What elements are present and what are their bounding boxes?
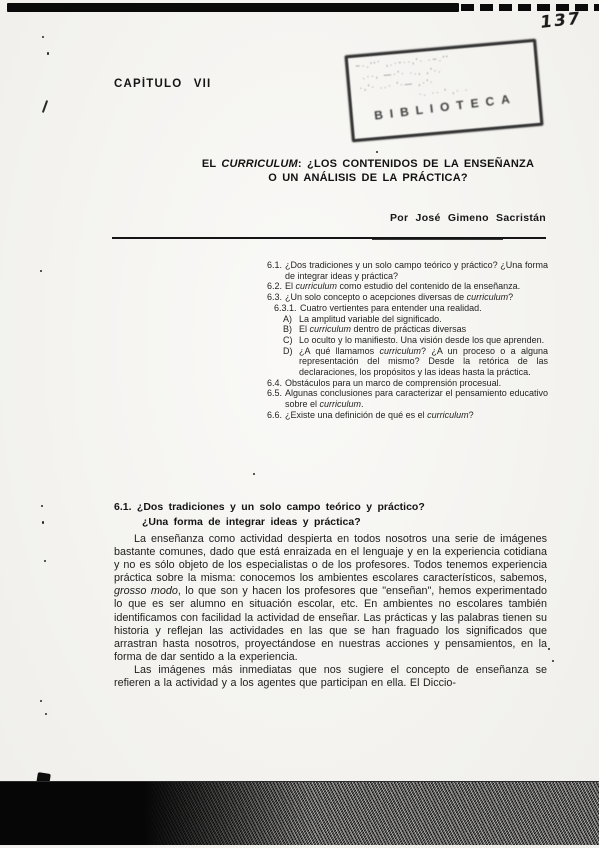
toc-item-text: Cuatro vertientes para entender una real… — [300, 303, 482, 313]
toc-item: 6.6. ¿Existe una definición de qué es el… — [258, 410, 548, 421]
toc-item-number: 6.6. — [267, 410, 282, 421]
article-title-line2: O UN ANÁLISIS DE LA PRÁCTICA? — [190, 171, 546, 185]
toc-item-number: D) — [283, 346, 293, 357]
article-title: EL CURRICULUM: ¿LOS CONTENIDOS DE LA ENS… — [190, 157, 546, 185]
handwritten-page-number: 137 — [539, 9, 582, 34]
section-heading-line2: ¿Una forma de integrar ideas y práctica? — [114, 515, 425, 530]
article-title-line1: EL CURRICULUM: ¿LOS CONTENIDOS DE LA ENS… — [190, 157, 546, 171]
toc-item-number: 6.4. — [267, 378, 282, 389]
scan-speck — [40, 270, 42, 272]
scan-speck — [41, 505, 43, 507]
toc-item-text: El curriculum como estudio del contenido… — [285, 281, 520, 291]
scan-speck — [45, 713, 47, 715]
toc-item-text: ¿A qué llamamos curriculum? ¿A un proces… — [299, 346, 548, 377]
scan-speck — [552, 660, 554, 662]
scanned-page: 137 CAPÍTULO VII ~·.''´ ,.·-··,'· ·~.'' … — [0, 0, 599, 848]
toc-item: C) Lo oculto y lo manifiesto. Una visión… — [258, 335, 548, 346]
scan-speck — [253, 473, 255, 475]
toc-item-text: ¿Dos tradiciones y un solo campo teórico… — [285, 260, 548, 281]
toc-item-number: 6.3.1. — [274, 303, 297, 314]
scan-speck — [44, 560, 46, 562]
scan-speck — [548, 648, 550, 650]
scan-speck — [42, 521, 44, 524]
section-heading: 6.1. ¿Dos tradiciones y un solo campo te… — [114, 500, 425, 529]
scan-speck — [42, 36, 44, 38]
toc-item-text: ¿Existe una definición de qué es el curr… — [285, 410, 474, 420]
toc-item-text: ¿Un solo concepto o acepciones diversas … — [285, 292, 513, 302]
toc-item-number: 6.1. — [267, 260, 282, 271]
toc-item-text: El curriculum dentro de prácticas divers… — [299, 324, 466, 334]
toc-item: 6.2. El curriculum como estudio del cont… — [258, 281, 548, 292]
library-stamp: ~·.''´ ,.·-··,'· ·~.'' .··, —·'· ·., ,'·… — [345, 39, 544, 142]
toc-item-number: 6.5. — [267, 388, 282, 399]
scan-top-edge-bar — [7, 3, 459, 12]
toc-item-text: Obstáculos para un marco de comprensión … — [285, 378, 501, 388]
chapter-heading: CAPÍTULO VII — [114, 78, 211, 90]
toc-item: 6.3.1. Cuatro vertientes para entender u… — [258, 303, 548, 314]
paragraph: La enseñanza como actividad despierta en… — [114, 533, 547, 664]
body-text: La enseñanza como actividad despierta en… — [114, 533, 547, 690]
toc-item: 6.3. ¿Un solo concepto o acepciones dive… — [258, 292, 548, 303]
paragraph: Las imágenes más inmediatas que nos sugi… — [114, 664, 547, 690]
toc-item: 6.4. Obstáculos para un marco de compren… — [258, 378, 548, 389]
toc-item: A) La amplitud variable del significado. — [258, 314, 548, 325]
toc-item-text: Lo oculto y lo manifiesto. Una visión de… — [299, 335, 544, 345]
toc-item: 6.1. ¿Dos tradiciones y un solo campo te… — [258, 260, 548, 281]
scan-speck — [42, 100, 48, 113]
toc-item-number: C) — [283, 335, 293, 346]
scan-bottom-edge-band — [0, 781, 599, 845]
toc-item: 6.5. Algunas conclusiones para caracteri… — [258, 388, 548, 409]
toc-item-text: La amplitud variable del significado. — [299, 314, 442, 324]
toc-item-number: B) — [283, 324, 292, 335]
table-of-contents: 6.1. ¿Dos tradiciones y un solo campo te… — [258, 260, 548, 421]
toc-item-number: A) — [283, 314, 292, 325]
scan-speck — [376, 151, 378, 153]
toc-item-number: 6.3. — [267, 292, 282, 303]
toc-item-number: 6.2. — [267, 281, 282, 292]
byline: Por José Gimeno Sacristán — [246, 212, 546, 224]
toc-item: B) El curriculum dentro de prácticas div… — [258, 324, 548, 335]
section-heading-line1: 6.1. ¿Dos tradiciones y un solo campo te… — [114, 500, 425, 515]
title-divider-rule — [112, 237, 546, 239]
toc-item-text: Algunas conclusiones para caracterizar e… — [285, 388, 548, 409]
scan-speck — [47, 52, 49, 55]
toc-item: D) ¿A qué llamamos curriculum? ¿A un pro… — [258, 346, 548, 378]
scan-speck — [40, 700, 42, 702]
